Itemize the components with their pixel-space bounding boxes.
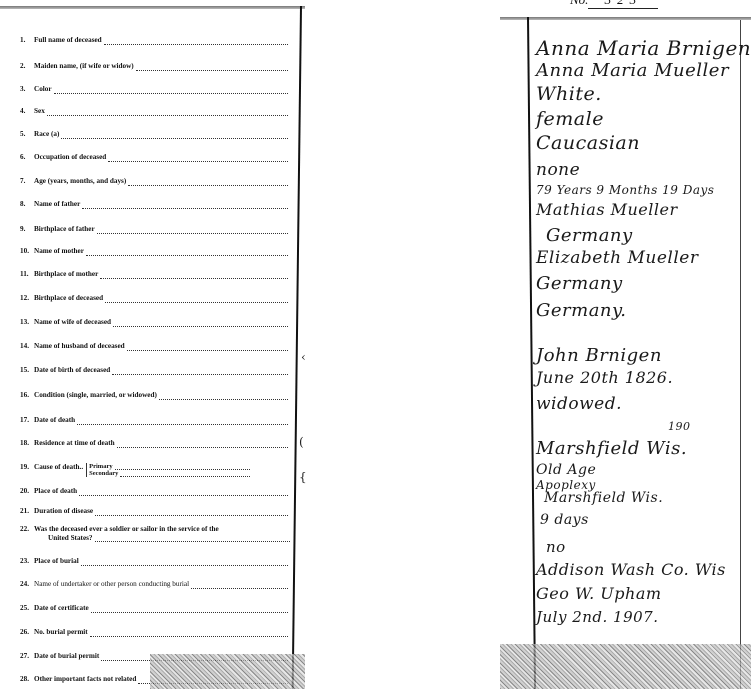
field-duration: 21.Duration of disease (20, 507, 288, 516)
field-label: Condition (single, married, or widowed) (34, 391, 157, 400)
field-label: Duration of disease (34, 507, 93, 516)
certificate-number: No.323 (570, 0, 658, 9)
field-label: Place of death (34, 487, 77, 496)
value-maiden-name: Anna Maria Mueller (536, 60, 729, 81)
field-husband-name: 14.Name of husband of deceased (20, 342, 288, 351)
field-label: No. burial permit (34, 628, 88, 637)
field-label: Residence at time of death (34, 439, 115, 448)
value-duration: 9 days (540, 512, 589, 528)
value-soldier-sailor: no (546, 538, 566, 556)
field-sex: 4.Sex (20, 107, 288, 116)
margin-mark: { (299, 470, 307, 484)
field-label: Place of burial (34, 557, 79, 566)
field-color: 3.Color (20, 85, 288, 94)
field-certificate-date: 25.Date of certificate (20, 604, 288, 613)
value-sex: female (536, 108, 604, 130)
value-age: 79 Years 9 Months 19 Days (536, 183, 714, 197)
field-label: Color (34, 85, 52, 94)
value-color: White. (536, 83, 602, 105)
field-label: Birthplace of deceased (34, 294, 103, 303)
field-soldier-sailor: 22.Was the deceased ever a soldier or sa… (20, 525, 290, 543)
page-border (527, 17, 536, 689)
field-label: Birthplace of father (34, 225, 95, 234)
value-birth-date: June 20th 1826. (536, 368, 673, 387)
field-label: Was the deceased ever a soldier or sailo… (34, 525, 219, 533)
margin-mark: ‹ (301, 350, 306, 364)
field-race: 5.Race (a) (20, 130, 288, 139)
field-burial-permit-no: 26.No. burial permit (20, 628, 288, 637)
field-label: Name of undertaker or other person condu… (34, 580, 189, 589)
value-husband-name: John Brnigen (536, 345, 662, 366)
value-occupation: none (536, 160, 580, 180)
field-undertaker: 24.Name of undertaker or other person co… (20, 580, 288, 589)
field-label: Age (years, months, and days) (34, 177, 126, 186)
cause-brace: PrimarySecondary (86, 463, 250, 477)
value-residence: Marshfield Wis. (536, 438, 687, 459)
field-full-name: 1.Full name of deceased (20, 36, 288, 45)
value-death-date: 190 (668, 420, 691, 433)
handwritten-entries-page: No.323 Anna Maria Brnigen Anna Maria Mue… (500, 0, 751, 689)
page-border (292, 6, 302, 689)
page-border (740, 20, 741, 689)
field-label: Date of burial permit (34, 652, 99, 661)
value-condition: widowed. (536, 394, 622, 414)
field-label: Sex (34, 107, 45, 116)
field-label: Name of mother (34, 247, 84, 256)
value-place-of-death: Marshfield Wis. (544, 490, 663, 506)
field-mother-birthplace: 11.Birthplace of mother (20, 270, 288, 279)
field-wife-name: 13.Name of wife of deceased (20, 318, 288, 327)
top-rule (0, 6, 305, 9)
field-cause-of-death: 19.Cause of death..PrimarySecondary (20, 463, 288, 477)
field-death-date: 17.Date of death (20, 416, 288, 425)
scan-noise (500, 644, 751, 689)
field-deceased-birthplace: 12.Birthplace of deceased (20, 294, 288, 303)
field-mother-name: 10.Name of mother (20, 247, 288, 256)
value-undertaker: Geo W. Upham (536, 584, 662, 603)
field-label: Full name of deceased (34, 36, 102, 45)
field-label: Other important facts not related (34, 675, 136, 684)
field-condition: 16.Condition (single, married, or widowe… (20, 391, 288, 400)
field-birth-date: 15.Date of birth of deceased (20, 366, 288, 375)
field-label: Date of death (34, 416, 75, 425)
field-label: Birthplace of mother (34, 270, 98, 279)
value-deceased-birthplace: Germany. (536, 300, 627, 321)
value-full-name: Anna Maria Brnigen (536, 36, 751, 60)
field-place-of-burial: 23.Place of burial (20, 557, 288, 566)
field-label: Maiden name, (if wife or widow) (34, 62, 134, 71)
value-father-name: Mathias Mueller (536, 200, 678, 219)
scan-noise (150, 654, 305, 689)
value-cause-primary: Old Age (536, 462, 596, 478)
field-label: Date of certificate (34, 604, 89, 613)
field-label: Cause of death (34, 463, 80, 472)
value-father-birthplace: Germany (546, 225, 633, 246)
field-occupation: 6.Occupation of deceased (20, 153, 288, 162)
field-label: Occupation of deceased (34, 153, 106, 162)
field-father-birthplace: 9.Birthplace of father (20, 225, 288, 234)
field-age: 7.Age (years, months, and days) (20, 177, 288, 186)
margin-mark: ( (299, 435, 304, 449)
field-label: Name of father (34, 200, 80, 209)
value-mother-name: Elizabeth Mueller (536, 248, 698, 268)
field-label: Name of wife of deceased (34, 318, 111, 327)
top-rule (500, 17, 751, 20)
field-maiden-name: 2.Maiden name, (if wife or widow) (20, 62, 288, 71)
field-residence: 18.Residence at time of death (20, 439, 288, 448)
field-label: Race (a) (34, 130, 59, 139)
field-father-name: 8.Name of father (20, 200, 288, 209)
value-certificate-date: July 2nd. 1907. (536, 608, 659, 626)
field-label: Name of husband of deceased (34, 342, 125, 351)
field-label: Date of birth of deceased (34, 366, 110, 375)
field-place-of-death: 20.Place of death (20, 487, 288, 496)
value-race: Caucasian (536, 132, 640, 154)
value-place-of-burial: Addison Wash Co. Wis (536, 560, 726, 579)
form-labels-page: 1.Full name of deceased 2.Maiden name, (… (0, 0, 303, 689)
value-mother-birthplace: Germany (536, 273, 623, 294)
